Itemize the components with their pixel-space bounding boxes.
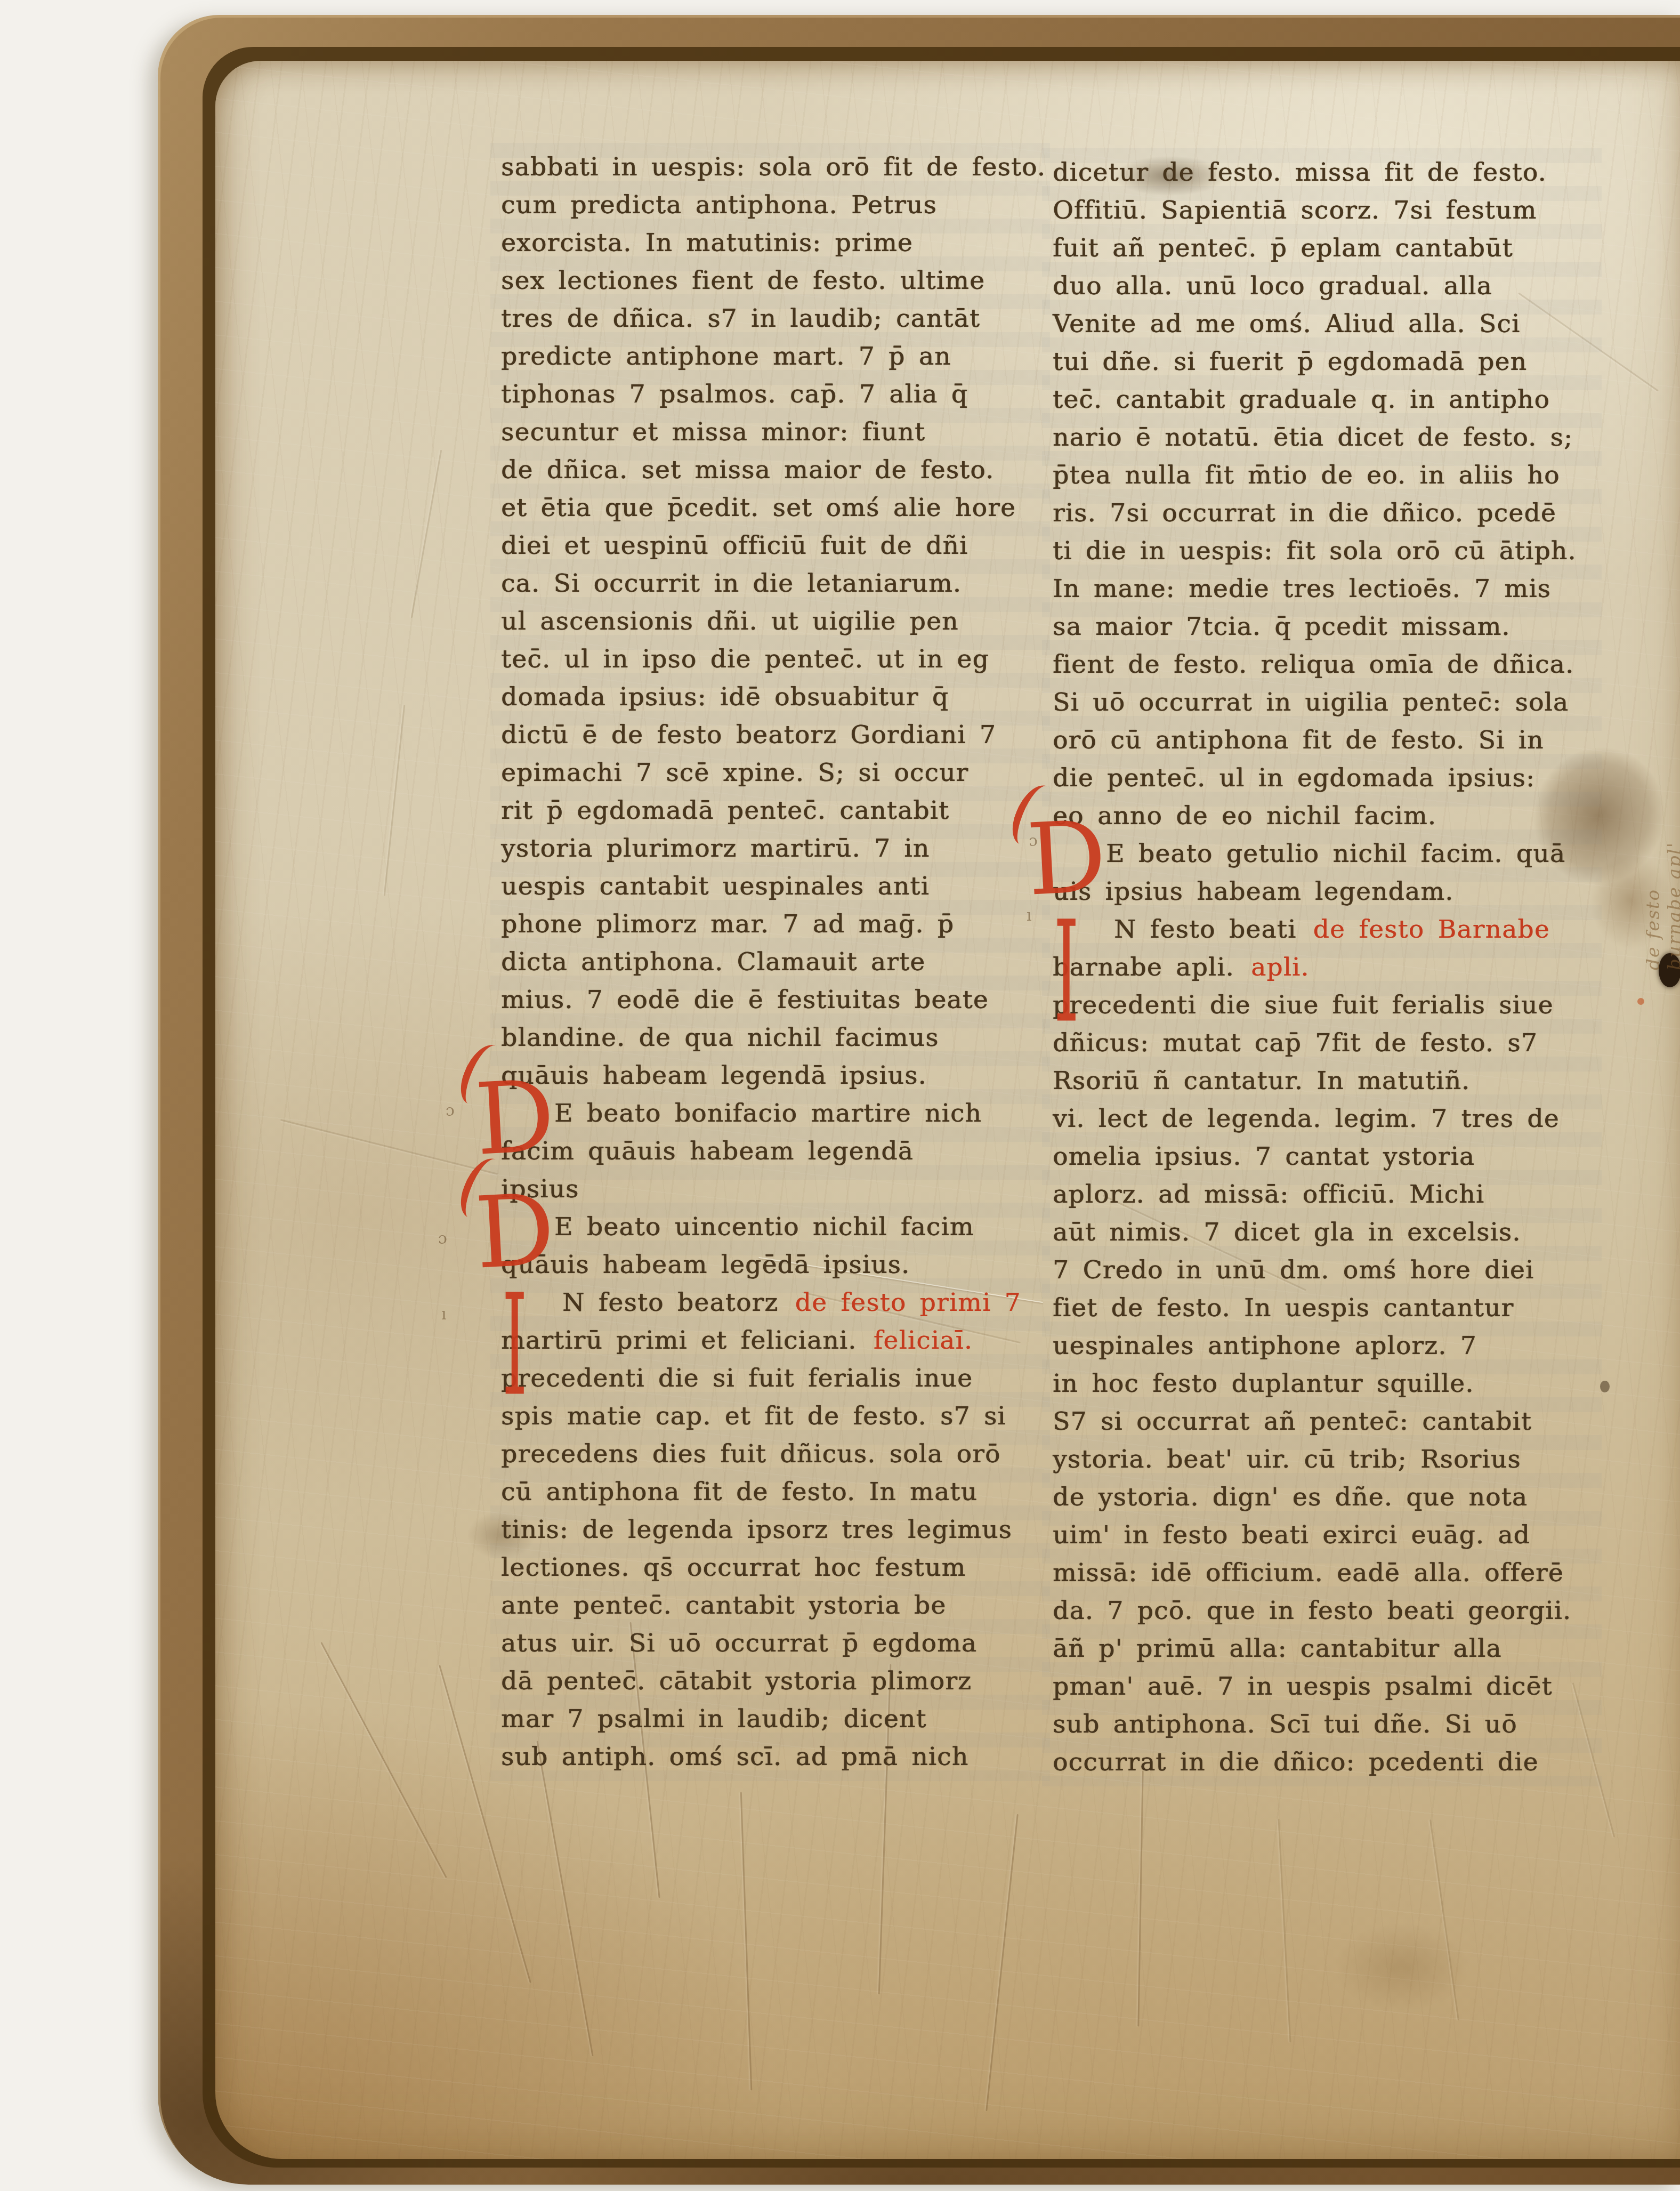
- ink-text: N festo beatorz: [562, 1288, 792, 1317]
- ink-text: orō cū antiphona fit de festo. Si in: [1053, 726, 1544, 755]
- text-line: uis ipsius habeam legendam.: [1053, 873, 1591, 911]
- text-line: tec̄. cantabit graduale q. in antipho: [1053, 381, 1591, 418]
- ink-text: sub antiph. omś scī. ad pmā nich: [501, 1742, 968, 1771]
- ink-text: āñ p' primū alla: cantabitur alla: [1053, 1634, 1502, 1663]
- ink-text: et ētia que p̄cedit. set omś alie hore: [501, 493, 1016, 522]
- ink-text: sub antiphona. Scī tui dñe. Si uō: [1053, 1710, 1517, 1739]
- ink-text: S7 si occurrat añ pentec̄: cantabit: [1053, 1407, 1532, 1436]
- ink-text: blandine. de qua nichil facimus: [501, 1023, 939, 1052]
- ink-text: da. 7 pcō. que in festo beati georgii.: [1053, 1596, 1571, 1625]
- text-line: spis matie cap. et fit de festo. s7 si: [501, 1397, 1039, 1435]
- text-line: uespis cantabit uespinales anti: [501, 867, 1039, 905]
- text-line: 7 Credo in unū dm. omś hore diei: [1053, 1251, 1591, 1289]
- text-line: pman' auē. 7 in uespis psalmi dicēt: [1053, 1668, 1591, 1705]
- text-line: et ētia que p̄cedit. set omś alie hore: [501, 489, 1039, 527]
- text-line: atus uir. Si uō occurrat p̄ egdoma: [501, 1624, 1039, 1662]
- gutter-mark: ɔ: [438, 1229, 447, 1248]
- text-line: lectiones. qs̄ occurrat hoc festum: [501, 1549, 1039, 1586]
- text-line: domada ipsius: idē obsuabitur q̄: [501, 678, 1039, 716]
- ink-text: lectiones. qs̄ occurrat hoc festum: [501, 1553, 966, 1582]
- text-line: in hoc festo duplantur squille.: [1053, 1365, 1591, 1403]
- text-line: tiphonas 7 psalmos. cap̄. 7 alia q̄: [501, 375, 1039, 413]
- text-line: sub antiph. omś scī. ad pmā nich: [501, 1738, 1039, 1776]
- ink-text: dā pentec̄. cātabit ystoria plimorz: [501, 1666, 972, 1696]
- text-line: ris. 7si occurrat in die dñico. pcedē: [1053, 494, 1591, 532]
- ink-text: predicte antiphone mart. 7 p̄ an: [501, 342, 951, 371]
- ink-text: aplorz. ad missā: officiū. Michi: [1053, 1180, 1484, 1209]
- text-line: cum predicta antiphona. Petrus: [501, 186, 1039, 224]
- ink-text: tui dñe. si fuerit p̄ egdomadā pen: [1053, 347, 1527, 376]
- text-line: āñ p' primū alla: cantabitur alla: [1053, 1630, 1591, 1668]
- ink-text: dictū ē de festo beatorz Gordiani 7: [501, 720, 996, 750]
- ink-text: dicetur de festo. missa fit de festo.: [1053, 158, 1547, 187]
- red-speck: [1637, 998, 1644, 1005]
- text-line: facim quāuis habeam legendā: [501, 1132, 1039, 1170]
- ink-text: tinis: de legenda ipsorz tres legimus: [501, 1515, 1012, 1544]
- text-line: uim' in festo beati exirci euāg. ad: [1053, 1516, 1591, 1554]
- ink-text: uis ipsius habeam legendam.: [1053, 877, 1453, 906]
- text-line: phone plimorz mar. 7 ad maḡ. p̄: [501, 905, 1039, 943]
- text-line: DE beato bonifacio martire nich: [501, 1094, 1039, 1132]
- ink-text: in hoc festo duplantur squille.: [1053, 1369, 1474, 1398]
- text-line: IN festo beatorz de festo primi 7: [501, 1284, 1039, 1322]
- ink-text: eo anno de eo nichil facim.: [1053, 801, 1436, 831]
- ink-text: uespinales antiphone aplorz. 7: [1053, 1331, 1477, 1360]
- text-line: secuntur et missa minor: fiunt: [501, 413, 1039, 451]
- text-line: dictū ē de festo beatorz Gordiani 7: [501, 716, 1039, 754]
- text-line: dā pentec̄. cātabit ystoria plimorz: [501, 1662, 1039, 1700]
- text-line: Rsoriū ñ cantatur. In matutiñ.: [1053, 1062, 1591, 1100]
- text-line: omelia ipsius. 7 cantat ystoria: [1053, 1138, 1591, 1175]
- text-line: Venite ad me omś. Aliud alla. Sci: [1053, 305, 1591, 343]
- text-line: nario ē notatū. ētia dicet de festo. s;: [1053, 418, 1591, 456]
- text-line: missā: idē officium. eadē alla. offerē: [1053, 1554, 1591, 1592]
- ink-text: ystoria plurimorz martirū. 7 in: [501, 834, 930, 863]
- margin-note-vertical: de festo burnabe apl': [1643, 810, 1680, 970]
- text-line: IN festo beati de festo Barnabe: [1053, 911, 1591, 948]
- ink-text: quāuis habeam legendā ipsius.: [501, 1061, 927, 1090]
- text-line: ti die in uespis: fit sola orō cū ātiph.: [1053, 532, 1591, 570]
- ink-text: vi. lect de legenda. legim. 7 tres de: [1053, 1104, 1560, 1133]
- text-line: epimachi 7 scē xpine. S; si occur: [501, 754, 1039, 792]
- ink-text: barnabe apli.: [1053, 953, 1248, 982]
- ink-text: uim' in festo beati exirci euāg. ad: [1053, 1520, 1530, 1550]
- text-line: tres de dñica. s7 in laudib; cantāt: [501, 300, 1039, 337]
- ink-text: atus uir. Si uō occurrat p̄ egdoma: [501, 1629, 977, 1658]
- ink-text: Si uō occurrat in uigilia pentec̄: sola: [1053, 688, 1569, 717]
- text-line: uespinales antiphone aplorz. 7: [1053, 1327, 1591, 1365]
- ink-text: fiet de festo. In uespis cantantur: [1053, 1293, 1514, 1323]
- rubric-text: apli.: [1251, 953, 1310, 982]
- text-line: barnabe apli. apli.: [1053, 948, 1591, 986]
- text-line: vi. lect de legenda. legim. 7 tres de: [1053, 1100, 1591, 1138]
- text-line: quāuis habeam legendā ipsius.: [501, 1057, 1039, 1094]
- text-line: S7 si occurrat añ pentec̄: cantabit: [1053, 1403, 1591, 1440]
- text-column-right: dicetur de festo. missa fit de festo.Off…: [1053, 154, 1591, 1781]
- ink-text: diei et uespinū officiū fuit de dñi: [501, 531, 968, 560]
- text-column-left: sabbati in uespis: sola orō fit de festo…: [501, 148, 1039, 1776]
- text-line: exorcista. In matutinis: prime: [501, 224, 1039, 262]
- ink-text: omelia ipsius. 7 cantat ystoria: [1053, 1142, 1475, 1171]
- rubric-initial: I: [1054, 903, 1079, 1043]
- rubric-text: de festo Barnabe: [1313, 915, 1550, 944]
- text-line: sex lectiones fient de festo. ultime: [501, 262, 1039, 300]
- ink-text: domada ipsius: idē obsuabitur q̄: [501, 682, 949, 712]
- ink-text: missā: idē officium. eadē alla. offerē: [1053, 1558, 1564, 1588]
- ink-text: nario ē notatū. ētia dicet de festo. s;: [1053, 423, 1573, 452]
- text-line: fiet de festo. In uespis cantantur: [1053, 1289, 1591, 1327]
- text-line: dicta antiphona. Clamauit arte: [501, 943, 1039, 981]
- text-line: Si uō occurrat in uigilia pentec̄: sola: [1053, 683, 1591, 721]
- text-line: orō cū antiphona fit de festo. Si in: [1053, 721, 1591, 759]
- text-line: DE beato getulio nichil facim. quā: [1053, 835, 1591, 873]
- ink-text: ca. Si occurrit in die letaniarum.: [501, 569, 962, 598]
- ink-text: ti die in uespis: fit sola orō cū ātiph.: [1053, 536, 1577, 566]
- ink-text: In mane: medie tres lectioēs. 7 mis: [1053, 574, 1551, 603]
- text-line: fuit añ pentec̄. p̄ eplam cantabūt: [1053, 229, 1591, 267]
- rubric-initial: D: [473, 1067, 558, 1170]
- ink-text: precedenti die siue fuit ferialis siue: [1053, 990, 1554, 1020]
- ink-text: sex lectiones fient de festo. ultime: [501, 266, 985, 295]
- text-line: diei et uespinū officiū fuit de dñi: [501, 527, 1039, 565]
- ink-text: precedens dies fuit dñicus. sola orō: [501, 1439, 1001, 1469]
- text-line: p̄tea nulla fit m̄tio de eo. in aliis ho: [1053, 456, 1591, 494]
- text-line: de dñica. set missa maior de festo.: [501, 451, 1039, 489]
- text-line: Offitiū. Sapientiā scorz. 7si festum: [1053, 191, 1591, 229]
- text-line: sub antiphona. Scī tui dñe. Si uō: [1053, 1705, 1591, 1743]
- ink-text: dñicus: mutat cap̄ 7fit de festo. s7: [1053, 1028, 1538, 1058]
- text-line: mius. 7 eodē die ē festiuitas beate: [501, 981, 1039, 1019]
- text-line: cū antiphona fit de festo. In matu: [501, 1473, 1039, 1511]
- ink-text: de ystoria. dign' es dñe. que nota: [1053, 1483, 1528, 1512]
- text-line: occurrat in die dñico: pcedenti die: [1053, 1743, 1591, 1781]
- ink-text: Rsoriū ñ cantatur. In matutiñ.: [1053, 1066, 1470, 1095]
- text-line: tec̄. ul in ipso die pentec̄. ut in eg: [501, 640, 1039, 678]
- gutter-mark: ı: [441, 1305, 447, 1324]
- ink-text: dicta antiphona. Clamauit arte: [501, 947, 925, 977]
- ink-text: Offitiū. Sapientiā scorz. 7si festum: [1053, 196, 1537, 225]
- text-line: sabbati in uespis: sola orō fit de festo…: [501, 148, 1039, 186]
- text-line: ipsius: [501, 1170, 1039, 1208]
- text-line: In mane: medie tres lectioēs. 7 mis: [1053, 570, 1591, 608]
- ink-text: ante pentec̄. cantabit ystoria be: [501, 1591, 946, 1620]
- text-line: dicetur de festo. missa fit de festo.: [1053, 154, 1591, 191]
- text-line: tinis: de legenda ipsorz tres legimus: [501, 1511, 1039, 1549]
- ink-text: mar 7 psalmi in laudib; dicent: [501, 1704, 927, 1734]
- rubric-text: feliciaī.: [874, 1326, 973, 1355]
- text-line: duo alla. unū loco gradual. alla: [1053, 267, 1591, 305]
- ink-text: mius. 7 eodē die ē festiuitas beate: [501, 985, 989, 1014]
- text-line: die pentec̄. ul in egdomada ipsius:: [1053, 759, 1591, 797]
- text-line: aūt nimis. 7 dicet gla in excelsis.: [1053, 1213, 1591, 1251]
- ink-text: sa maior 7tcia. q̄ pcedit missam.: [1053, 612, 1511, 641]
- ink-text: 7 Credo in unū dm. omś hore diei: [1053, 1255, 1534, 1285]
- text-line: precedens dies fuit dñicus. sola orō: [501, 1435, 1039, 1473]
- text-line: fient de festo. reliqua omīa de dñica.: [1053, 646, 1591, 683]
- text-line: DE beato uincentio nichil facim: [501, 1208, 1039, 1246]
- rubric-initial: I: [502, 1276, 528, 1416]
- ink-text: secuntur et missa minor: fiunt: [501, 417, 925, 447]
- manuscript-scan: sabbati in uespis: sola orō fit de festo…: [0, 0, 1680, 2191]
- ink-text: cū antiphona fit de festo. In matu: [501, 1477, 978, 1507]
- ink-text: ris. 7si occurrat in die dñico. pcedē: [1053, 498, 1556, 528]
- ink-text: fuit añ pentec̄. p̄ eplam cantabūt: [1053, 233, 1513, 263]
- ink-text: martirū primi et feliciani.: [501, 1326, 870, 1355]
- ink-text: rit p̄ egdomadā pentec̄. cantabit: [501, 796, 949, 825]
- dark-speck: [1600, 1381, 1610, 1392]
- ink-text: duo alla. unū loco gradual. alla: [1053, 271, 1492, 301]
- ink-text: fient de festo. reliqua omīa de dñica.: [1053, 650, 1574, 679]
- ink-text: quāuis habeam legēdā ipsius.: [501, 1250, 910, 1279]
- text-line: blandine. de qua nichil facimus: [501, 1019, 1039, 1057]
- ink-text: phone plimorz mar. 7 ad maḡ. p̄: [501, 909, 954, 939]
- text-line: rit p̄ egdomadā pentec̄. cantabit: [501, 792, 1039, 829]
- ink-text: uespis cantabit uespinales anti: [501, 872, 930, 901]
- text-line: precedenti die si fuit ferialis inue: [501, 1359, 1039, 1397]
- gutter-mark: ɔ: [446, 1101, 455, 1120]
- ink-text: tec̄. cantabit graduale q. in antipho: [1053, 385, 1550, 414]
- text-line: da. 7 pcō. que in festo beati georgii.: [1053, 1592, 1591, 1630]
- ink-text: spis matie cap. et fit de festo. s7 si: [501, 1401, 1006, 1431]
- text-line: ante pentec̄. cantabit ystoria be: [501, 1586, 1039, 1624]
- ink-text: exorcista. In matutinis: prime: [501, 228, 913, 257]
- text-line: mar 7 psalmi in laudib; dicent: [501, 1700, 1039, 1738]
- ink-text: die pentec̄. ul in egdomada ipsius:: [1053, 763, 1535, 793]
- ink-text: tres de dñica. s7 in laudib; cantāt: [501, 304, 980, 333]
- ink-text: E beato uincentio nichil facim: [554, 1212, 974, 1242]
- text-line: de ystoria. dign' es dñe. que nota: [1053, 1478, 1591, 1516]
- text-line: tui dñe. si fuerit p̄ egdomadā pen: [1053, 343, 1591, 381]
- ink-text: N festo beati: [1114, 915, 1310, 944]
- ink-text: ul ascensionis dñi. ut uigilie pen: [501, 607, 959, 636]
- ink-text: epimachi 7 scē xpine. S; si occur: [501, 758, 968, 787]
- ink-text: E beato getulio nichil facim. quā: [1106, 839, 1565, 868]
- ink-text: tiphonas 7 psalmos. cap̄. 7 alia q̄: [501, 380, 968, 409]
- text-line: ca. Si occurrit in die letaniarum.: [501, 565, 1039, 602]
- ink-text: sabbati in uespis: sola orō fit de festo…: [501, 152, 1046, 182]
- ink-text: tec̄. ul in ipso die pentec̄. ut in eg: [501, 645, 989, 674]
- text-line: sa maior 7tcia. q̄ pcedit missam.: [1053, 608, 1591, 646]
- text-line: aplorz. ad missā: officiū. Michi: [1053, 1175, 1591, 1213]
- ink-text: p̄tea nulla fit m̄tio de eo. in aliis ho: [1053, 461, 1560, 490]
- ink-text: cum predicta antiphona. Petrus: [501, 190, 937, 220]
- rubric-text: de festo primi 7: [795, 1288, 1021, 1317]
- ink-text: E beato bonifacio martire nich: [554, 1099, 982, 1128]
- text-line: quāuis habeam legēdā ipsius.: [501, 1246, 1039, 1284]
- text-line: ystoria plurimorz martirū. 7 in: [501, 829, 1039, 867]
- text-line: predicte antiphone mart. 7 p̄ an: [501, 337, 1039, 375]
- text-line: dñicus: mutat cap̄ 7fit de festo. s7: [1053, 1024, 1591, 1062]
- text-line: precedenti die siue fuit ferialis siue: [1053, 986, 1591, 1024]
- ink-text: facim quāuis habeam legendā: [501, 1137, 914, 1166]
- ink-text: occurrat in die dñico: pcedenti die: [1053, 1747, 1539, 1777]
- ink-text: ystoria. beat' uir. cū trib; Rsorius: [1053, 1445, 1521, 1474]
- ink-text: precedenti die si fuit ferialis inue: [501, 1364, 973, 1393]
- text-line: eo anno de eo nichil facim.: [1053, 797, 1591, 835]
- text-line: ystoria. beat' uir. cū trib; Rsorius: [1053, 1440, 1591, 1478]
- ink-text: Venite ad me omś. Aliud alla. Sci: [1053, 309, 1520, 339]
- text-line: ul ascensionis dñi. ut uigilie pen: [501, 602, 1039, 640]
- ink-text: pman' auē. 7 in uespis psalmi dicēt: [1053, 1672, 1553, 1701]
- ink-text: aūt nimis. 7 dicet gla in excelsis.: [1053, 1218, 1521, 1247]
- text-line: martirū primi et feliciani. feliciaī.: [501, 1322, 1039, 1359]
- ink-text: de dñica. set missa maior de festo.: [501, 455, 994, 485]
